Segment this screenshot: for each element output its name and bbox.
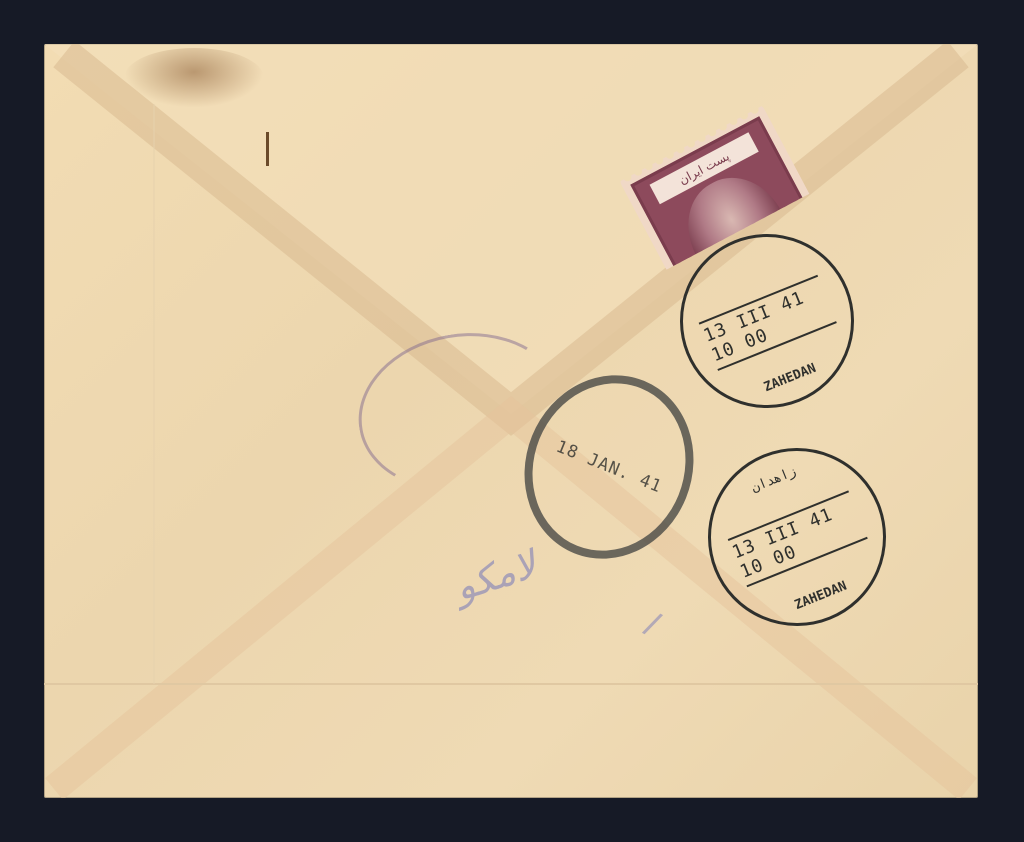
- envelope-back: پست ایران 3R 13 III 41 10 00 ZAHEDAN زاه…: [44, 44, 978, 798]
- postmark-date: 13 III 41 10 00: [699, 275, 837, 370]
- postmark-date: 18 JAN. 41: [547, 424, 671, 511]
- postmark-date: 13 III 41 10 00: [727, 490, 868, 587]
- brown-stain: [124, 48, 264, 108]
- ink-mark: [266, 132, 269, 166]
